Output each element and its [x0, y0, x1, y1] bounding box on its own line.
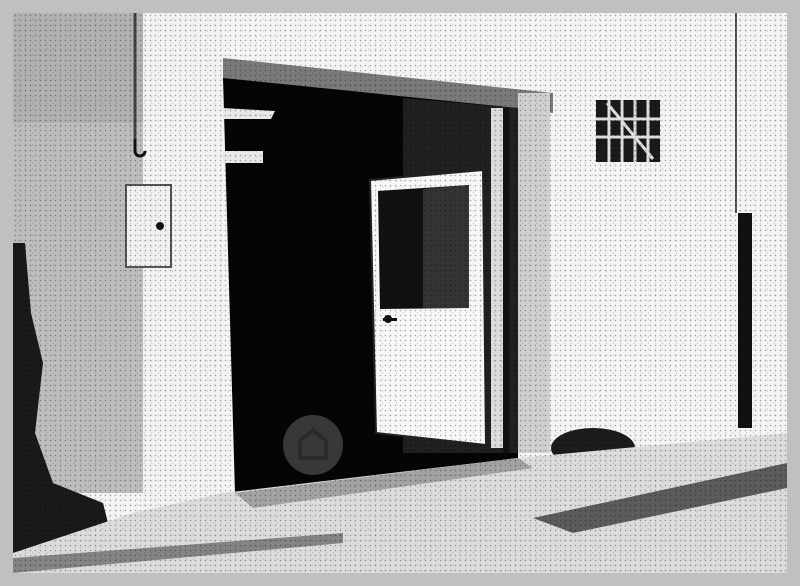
building-photo: [13, 13, 787, 573]
downpipe: [738, 213, 752, 428]
meter-box: [126, 185, 171, 267]
house-icon: [297, 427, 329, 461]
watermark: [283, 415, 343, 475]
door-jamb: [518, 93, 550, 453]
photo-frame: [13, 13, 787, 573]
barred-window: [596, 100, 660, 162]
